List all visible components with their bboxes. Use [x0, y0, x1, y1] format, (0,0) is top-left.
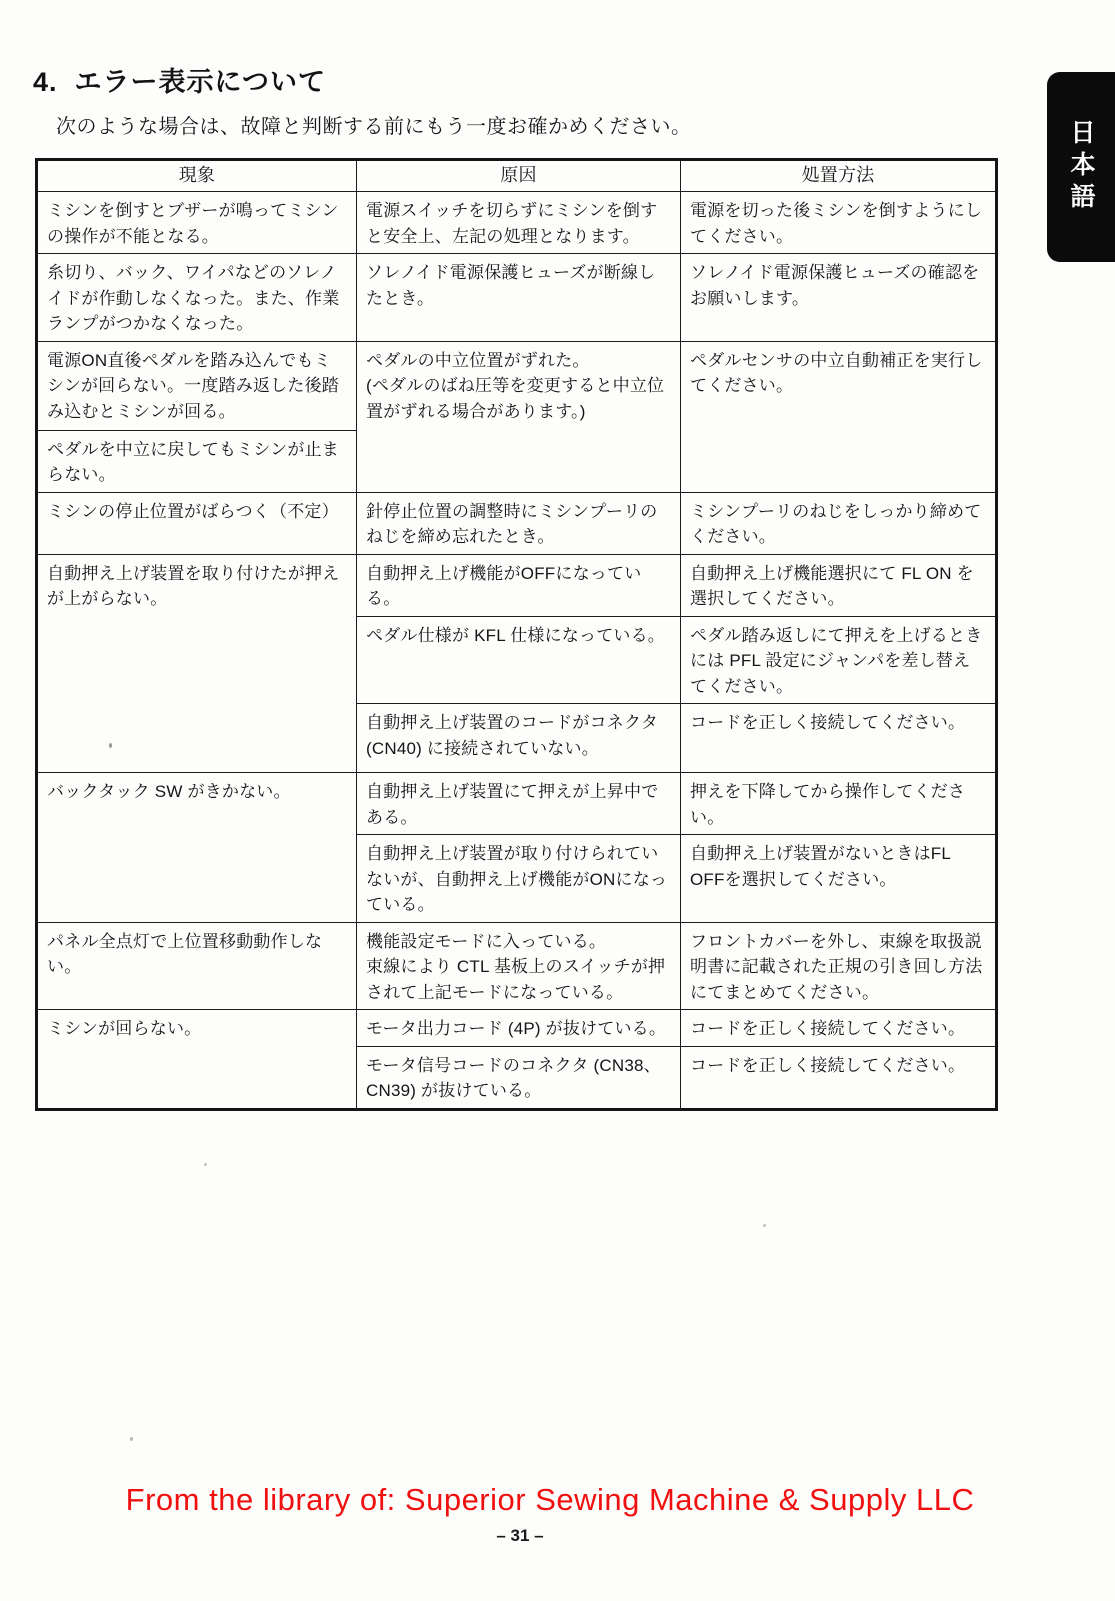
cell-phenomenon: ペダルを中立に戻してもミシンが止まらない。 — [37, 430, 357, 492]
cell-cause: 自動押え上げ装置にて押えが上昇中である。 — [357, 773, 681, 835]
cell-remedy: ミシンプーリのねじをしっかり締めてください。 — [681, 492, 997, 554]
cell-cause: 自動押え上げ機能がOFFになっている。 — [357, 554, 681, 616]
cell-phenomenon: ミシンが回らない。 — [37, 1010, 357, 1110]
cell-phenomenon: バックタック SW がきかない。 — [37, 773, 357, 923]
cell-remedy: 自動押え上げ装置がないときはFL OFFを選択してください。 — [681, 835, 997, 923]
cell-phenomenon: ミシンを倒すとブザーが鳴ってミシンの操作が不能となる。 — [37, 192, 357, 254]
cell-phenomenon: 糸切り、バック、ワイパなどのソレノイドが作動しなくなった。また、作業ランプがつか… — [37, 254, 357, 342]
cell-cause: 自動押え上げ装置のコードがコネクタ (CN40) に接続されていない。 — [357, 704, 681, 773]
cell-remedy: ペダルセンサの中立自動補正を実行してください。 — [681, 341, 997, 492]
language-tab-label: 日本語 — [1063, 119, 1099, 215]
section-title: 4. エラー表示について — [33, 60, 326, 99]
cell-phenomenon: ミシンの停止位置がばらつく（不定） — [37, 492, 357, 554]
scan-artifact — [130, 1437, 133, 1441]
cell-remedy: ソレノイド電源保護ヒューズの確認をお願いします。 — [681, 254, 997, 342]
cell-remedy: ペダル踏み返しにて押えを上げるときには PFL 設定にジャンパを差し替えてくださ… — [681, 616, 997, 704]
cell-remedy: フロントカバーを外し、束線を取扱説明書に記載された正規の引き回し方法にてまとめて… — [681, 922, 997, 1010]
table-row: ミシンが回らない。 モータ出力コード (4P) が抜けている。 コードを正しく接… — [37, 1010, 997, 1047]
cell-cause: モータ信号コードのコネクタ (CN38、CN39) が抜けている。 — [357, 1046, 681, 1109]
cell-remedy: コードを正しく接続してください。 — [681, 704, 997, 773]
cell-cause: ペダルの中立位置がずれた。 (ペダルのばね圧等を変更すると中立位置がずれる場合が… — [357, 341, 681, 492]
cell-remedy: 押えを下降してから操作してください。 — [681, 773, 997, 835]
library-stamp: From the library of: Superior Sewing Mac… — [0, 1482, 1100, 1518]
cell-cause: ソレノイド電源保護ヒューズが断線したとき。 — [357, 254, 681, 342]
header-phenomenon: 現象 — [37, 160, 357, 192]
intro-text: 次のような場合は、故障と判断する前にもう一度お確かめください。 — [56, 110, 692, 139]
table-row: バックタック SW がきかない。 自動押え上げ装置にて押えが上昇中である。 押え… — [37, 773, 997, 835]
cell-phenomenon: 電源ON直後ペダルを踏み込んでもミシンが回らない。一度踏み返した後踏み込むとミシ… — [37, 341, 357, 430]
cell-cause: ペダル仕様が KFL 仕様になっている。 — [357, 616, 681, 704]
cell-cause: モータ出力コード (4P) が抜けている。 — [357, 1010, 681, 1047]
table-row: 電源ON直後ペダルを踏み込んでもミシンが回らない。一度踏み返した後踏み込むとミシ… — [37, 341, 997, 430]
table-row: 自動押え上げ装置を取り付けたが押えが上がらない。 自動押え上げ機能がOFFになっ… — [37, 554, 997, 616]
cell-cause: 自動押え上げ装置が取り付けられていないが、自動押え上げ機能がONになっている。 — [357, 835, 681, 923]
manual-page: 4. エラー表示について 次のような場合は、故障と判断する前にもう一度お確かめく… — [0, 0, 1115, 1601]
cell-remedy: 自動押え上げ機能選択にて FL ON を選択してください。 — [681, 554, 997, 616]
table-header-row: 現象 原因 処置方法 — [37, 160, 997, 192]
cell-cause: 針停止位置の調整時にミシンプーリのねじを締め忘れたとき。 — [357, 492, 681, 554]
header-remedy: 処置方法 — [681, 160, 997, 192]
scan-artifact — [204, 1163, 207, 1166]
table-row: 糸切り、バック、ワイパなどのソレノイドが作動しなくなった。また、作業ランプがつか… — [37, 254, 997, 342]
cell-phenomenon: パネル全点灯で上位置移動動作しない。 — [37, 922, 357, 1010]
table-row: ミシンの停止位置がばらつく（不定） 針停止位置の調整時にミシンプーリのねじを締め… — [37, 492, 997, 554]
language-side-tab: 日本語 — [1047, 72, 1115, 262]
cell-remedy: 電源を切った後ミシンを倒すようにしてください。 — [681, 192, 997, 254]
scan-artifact — [109, 743, 112, 748]
scan-artifact — [763, 1224, 766, 1227]
table-row: ミシンを倒すとブザーが鳴ってミシンの操作が不能となる。 電源スイッチを切らずにミ… — [37, 192, 997, 254]
header-cause: 原因 — [357, 160, 681, 192]
table-row: パネル全点灯で上位置移動動作しない。 機能設定モードに入っている。 束線により … — [37, 922, 997, 1010]
cell-phenomenon: 自動押え上げ装置を取り付けたが押えが上がらない。 — [37, 554, 357, 773]
error-troubleshooting-table: 現象 原因 処置方法 ミシンを倒すとブザーが鳴ってミシンの操作が不能となる。 電… — [35, 158, 998, 1111]
page-number: – 31 – — [0, 1526, 1040, 1546]
cell-remedy: コードを正しく接続してください。 — [681, 1010, 997, 1047]
cell-cause: 機能設定モードに入っている。 束線により CTL 基板上のスイッチが押されて上記… — [357, 922, 681, 1010]
cell-remedy: コードを正しく接続してください。 — [681, 1046, 997, 1109]
cell-cause: 電源スイッチを切らずにミシンを倒すと安全上、左記の処理となります。 — [357, 192, 681, 254]
